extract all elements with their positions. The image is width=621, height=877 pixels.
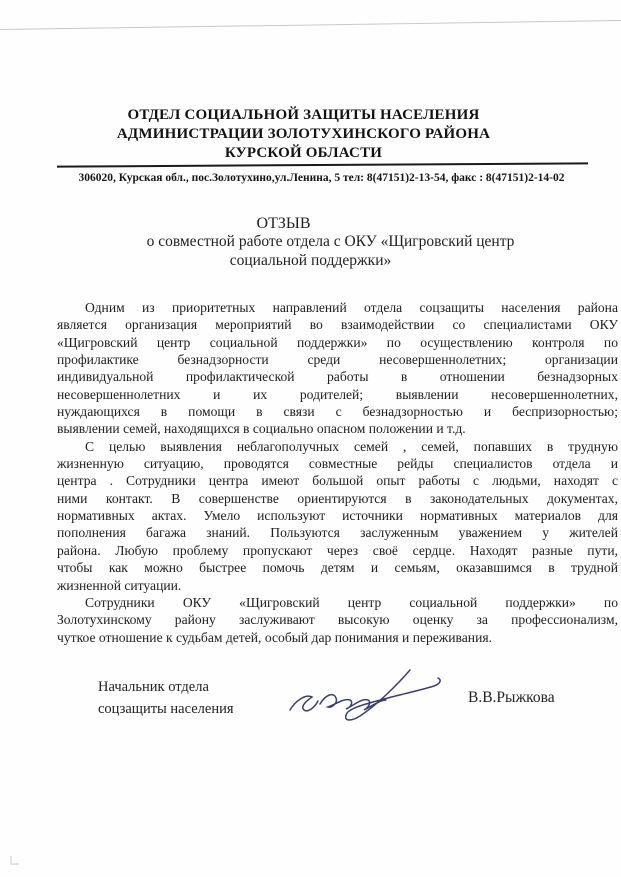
body-line: Одним из приоритетных направлений отдела… (57, 299, 618, 316)
body-line: чтобы как можно быстрее помочь детям и с… (57, 559, 618, 576)
handwritten-signature (282, 664, 457, 739)
body-line: центра . Сотрудники центра имеют большой… (57, 472, 618, 489)
body-line: «Щигровский центр социальной поддержки» … (57, 334, 618, 351)
signatory-position-line-1: Начальник отдела (98, 677, 234, 699)
org-name-line-3: КУРСКОЙ ОБЛАСТИ (0, 144, 614, 163)
document-subtitle-line-1: о совместной работе отдела с ОКУ «Щигров… (20, 233, 621, 252)
body-line: индивидуальной профилактической работы в… (57, 368, 618, 385)
signatory-position: Начальник отдела соцзащиты населения (98, 677, 234, 720)
body-line: несовершеннолетних и их родителей; выявл… (57, 386, 618, 403)
body-line: Золотухинскому району заслуживают высоку… (57, 611, 618, 628)
body-line: района. Любую проблему пропускают через … (57, 542, 618, 559)
signatory-name: В.В.Рыжкова (468, 689, 555, 707)
body-line: С целью выявления неблагополучных семей … (57, 438, 618, 455)
body-line: выявлении семей, находящихся в социально… (57, 420, 618, 437)
body-line: чуткое отношение к судьбам детей, особый… (57, 629, 618, 646)
document-title: ОТЗЫВ о совместной работе отдела с ОКУ «… (0, 214, 621, 270)
document-subtitle-line-2: социальной поддержки» (0, 252, 621, 271)
letterhead-org-name: ОТДЕЛ СОЦИАЛЬНОЙ ЗАЩИТЫ НАСЕЛЕНИЯ АДМИНИ… (0, 106, 614, 164)
document-body: Одним из приоритетных направлений отдела… (57, 299, 618, 646)
body-line: пополнения багажа знаний. Пользуются зас… (57, 524, 618, 541)
body-line: профилактике безнадзорности среди несове… (57, 351, 618, 368)
org-name-line-2: АДМИНИСТРАЦИИ ЗОЛОТУХИНСКОГО РАЙОНА (0, 125, 614, 144)
document-title-word: ОТЗЫВ (0, 214, 594, 233)
org-name-line-1: ОТДЕЛ СОЦИАЛЬНОЙ ЗАЩИТЫ НАСЕЛЕНИЯ (0, 106, 614, 125)
body-line: жизненную ситуацию, проводятся совместны… (57, 455, 618, 472)
body-line: Сотрудники ОКУ «Щигровский центр социаль… (57, 594, 618, 611)
letterhead-contact-line: 306020, Курская обл., пос.Золотухино,ул.… (11, 171, 621, 186)
body-line: является организация мероприятий во взаи… (57, 316, 618, 333)
body-line: нормативных актах. Умело используют исто… (57, 507, 618, 524)
body-line: нуждающихся в помощи в связи с безнадзор… (57, 403, 618, 420)
scanned-document-page: ОТДЕЛ СОЦИАЛЬНОЙ ЗАЩИТЫ НАСЕЛЕНИЯ АДМИНИ… (0, 0, 621, 877)
signatory-position-line-2: соцзащиты населения (98, 699, 234, 721)
body-line: жизненной ситуации. (57, 577, 618, 594)
body-line: ними контакт. В совершенстве ориентируют… (57, 490, 618, 507)
